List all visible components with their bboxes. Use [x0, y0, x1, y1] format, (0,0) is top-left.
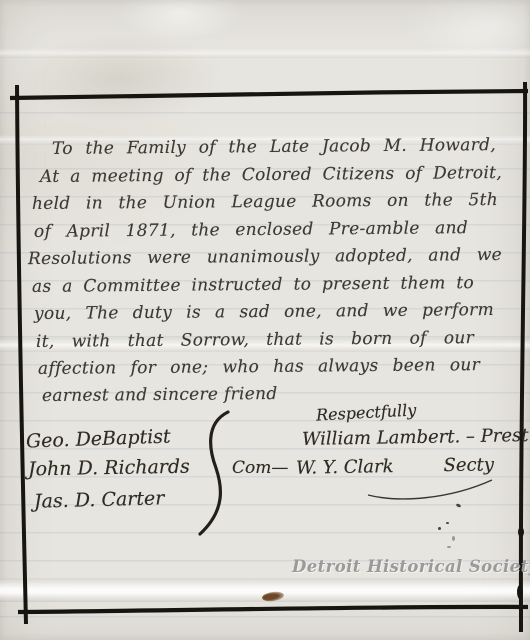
- secretary-title: Secty: [443, 454, 494, 476]
- letter-line: held in the Union League Rooms on the 5t…: [32, 189, 498, 215]
- letter-line: as a Committee instructed to present the…: [32, 272, 474, 298]
- president-signature: William Lambert. – Prest: [302, 425, 529, 450]
- committee-signature: Jas. D. Carter: [34, 487, 165, 512]
- pencil-mark: [452, 536, 455, 541]
- letter-line: it, with that Sorrow, that is born of ou…: [36, 327, 474, 353]
- letter-line: of April 1871, the enclosed Pre-amble an…: [34, 217, 468, 243]
- stain-spot: [261, 591, 284, 603]
- closing-salutation: Respectfully: [316, 400, 417, 424]
- letter-page: To the Family of the Late Jacob M. Howar…: [0, 0, 530, 640]
- ink-dot: [456, 503, 462, 508]
- watermark-text: Detroit Historical Society: [292, 557, 530, 576]
- ink-dot: [438, 527, 441, 530]
- ink-dot: [446, 522, 449, 524]
- committee-brace: [200, 412, 228, 534]
- letter-line: At a meeting of the Colored Citizens of …: [40, 162, 502, 188]
- underline-flourish: [368, 480, 492, 499]
- letter-line: you, The duty is a sad one, and we perfo…: [34, 299, 494, 325]
- committee-brace-label: Com—: [232, 458, 288, 478]
- committee-signature: Geo. DeBaptist: [26, 425, 171, 452]
- fold-crease: [0, 48, 530, 58]
- letter-line: To the Family of the Late Jacob M. Howar…: [52, 134, 496, 160]
- committee-signature: John D. Richards: [28, 456, 190, 481]
- letter-line: Resolutions were unanimously adopted, an…: [28, 244, 502, 270]
- secretary-signature-row: W. Y. Clark Secty: [296, 454, 494, 478]
- secretary-signature: W. Y. Clark: [296, 456, 394, 479]
- pencil-mark: [447, 546, 451, 548]
- letter-line: affection for one; who has always been o…: [38, 354, 480, 380]
- letter-line: earnest and sincere friend: [42, 383, 278, 407]
